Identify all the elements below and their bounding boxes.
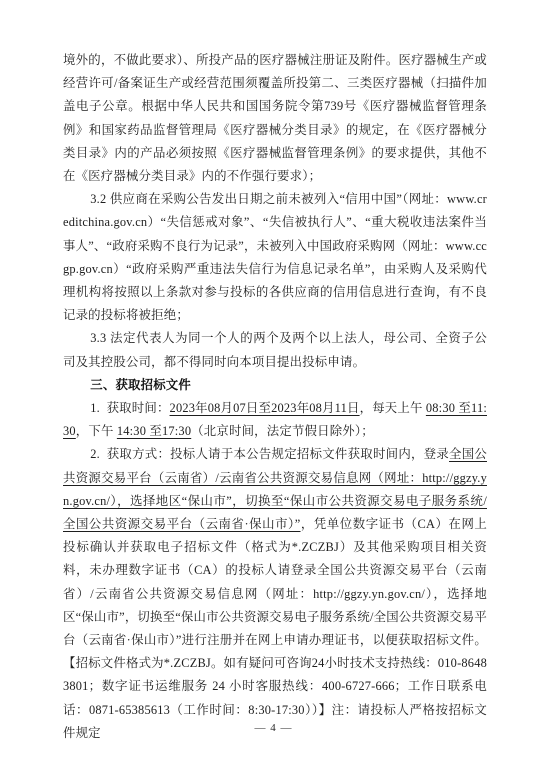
text-run: ，下午	[76, 424, 117, 438]
para-3-2-credit-check: 3.2 供应商在采购公告发出日期之前未被列入“信用中国”（网址：www.cred…	[63, 188, 487, 327]
para-continuation-medical-device: 境外的，不做此要求）、所投产品的医疗器械注册证及附件。医疗器械生产或经营许可/备…	[63, 49, 487, 188]
underlined-text-run: 2023年08月07日至2023年08月11日	[170, 401, 360, 415]
para-3-3-legal-representative: 3.3 法定代表人为同一个人的两个及两个以上法人，母公司、全资子公司及其控股公司…	[63, 327, 487, 373]
text-run: ，每天上午	[360, 401, 426, 415]
text-run: ，凭单位数字证书（CA）在网上投标确认并获取电子招标文件（格式为*.ZCZBJ）…	[63, 517, 487, 740]
text-run: 1. 获取时间：	[90, 401, 169, 415]
document-page: 境外的，不做此要求）、所投产品的医疗器械注册证及附件。医疗器械生产或经营许可/备…	[0, 0, 547, 778]
text-run: 3.2 供应商在采购公告发出日期之前未被列入“信用中国”（网址：www.cred…	[63, 192, 487, 322]
para-item-2-obtain-method: 2. 获取方式：投标人请于本公告规定招标文件获取时间内，登录全国公共资源交易平台…	[63, 443, 487, 745]
heading-section-3-obtain-documents: 三、获取招标文件	[63, 374, 487, 397]
underlined-text-run: 14:30 至17:30	[117, 424, 191, 438]
text-run: 3.3 法定代表人为同一个人的两个及两个以上法人，母公司、全资子公司及其控股公司…	[63, 331, 487, 368]
page-number: — 4 —	[0, 722, 547, 734]
para-item-1-obtain-time: 1. 获取时间：2023年08月07日至2023年08月11日，每天上午 08:…	[63, 397, 487, 443]
text-run: 2. 获取方式：投标人请于本公告规定招标文件获取时间内，登录	[90, 447, 449, 461]
text-run: 境外的，不做此要求）、所投产品的医疗器械注册证及附件。医疗器械生产或经营许可/备…	[63, 53, 487, 183]
text-run: 三、获取招标文件	[90, 378, 191, 392]
document-body: 境外的，不做此要求）、所投产品的医疗器械注册证及附件。医疗器械生产或经营许可/备…	[63, 49, 487, 745]
text-run: （北京时间，法定节假日除外）；	[191, 424, 374, 438]
